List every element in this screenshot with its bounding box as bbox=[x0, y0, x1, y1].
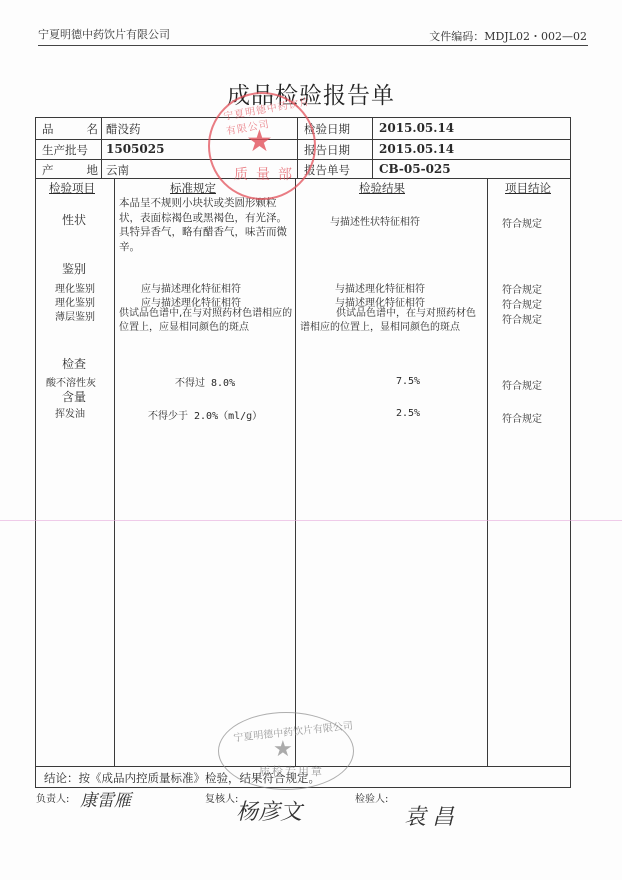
item-identification-3: 薄层鉴别 bbox=[55, 308, 95, 323]
column-header-standard: 标准规定 bbox=[170, 180, 216, 196]
conclusion-identification-1: 符合规定 bbox=[502, 281, 542, 296]
table-divider bbox=[295, 178, 296, 766]
label-char: 产 bbox=[42, 162, 54, 178]
label-char: 名 bbox=[87, 121, 99, 137]
result-identification-3: 供试品色谱中，在与对照药材色谱相应的位置上，显相同颜色的斑点 bbox=[300, 307, 484, 335]
standard-identification-3: 供试品色谱中,在与对照药材色谱相应的位置上，应显相同颜色的斑点 bbox=[119, 307, 293, 335]
conclusion-identification-3: 符合规定 bbox=[502, 311, 542, 326]
quality-dept-stamp: 宁夏明德中药饮片有限公司 ★ 质量部 bbox=[208, 92, 316, 200]
product-name-label: 品名 bbox=[42, 121, 98, 137]
item-identification-2: 理化鉴别 bbox=[55, 294, 95, 309]
header-rule bbox=[38, 45, 588, 46]
product-name-value: 醋没药 bbox=[106, 121, 141, 137]
responsible-signature: 康雷雁 bbox=[80, 786, 131, 811]
reviewer-label: 复核人: bbox=[205, 790, 238, 805]
column-header-item: 检验项目 bbox=[49, 180, 95, 196]
company-name: 宁夏明德中药饮片有限公司 bbox=[38, 26, 170, 42]
report-date-value: 2015.05.14 bbox=[379, 142, 454, 156]
star-icon: ★ bbox=[273, 737, 293, 762]
standard-identification-1: 应与描述理化特征相符 bbox=[141, 280, 241, 295]
conclusion-appearance: 符合规定 bbox=[502, 215, 542, 230]
item-check: 酸不溶性灰 bbox=[46, 374, 96, 389]
batch-value: 1505025 bbox=[106, 142, 164, 156]
table-divider bbox=[487, 178, 488, 766]
item-identification-1: 理化鉴别 bbox=[55, 280, 95, 295]
result-check: 7.5% bbox=[396, 376, 420, 387]
table-border-right bbox=[570, 117, 571, 787]
label-char: 地 bbox=[87, 162, 99, 178]
item-assay: 挥发油 bbox=[55, 405, 85, 420]
stamp-bottom-text: 质量部 bbox=[234, 164, 300, 184]
conclusion-assay: 符合规定 bbox=[502, 410, 542, 425]
identification-heading: 鉴别 bbox=[62, 260, 86, 277]
table-divider bbox=[101, 117, 102, 178]
standard-check: 不得过 8.0% bbox=[175, 374, 235, 389]
responsible-label: 负责人: bbox=[36, 790, 69, 805]
column-header-conclusion: 项目结论 bbox=[505, 180, 551, 196]
result-identification-1: 与描述理化特征相符 bbox=[335, 280, 425, 295]
column-header-result: 检验结果 bbox=[359, 180, 405, 196]
reviewer-signature: 杨彦文 bbox=[236, 795, 302, 826]
conclusion-check: 符合规定 bbox=[502, 377, 542, 392]
stamp-bottom-text: 质检专用章 bbox=[259, 763, 324, 779]
conclusion-identification-2: 符合规定 bbox=[502, 296, 542, 311]
standard-appearance: 本品呈不规则小块状或类圆形颗粒状，表面棕褐色或黑褐色，有光泽。具特异香气，略有醋… bbox=[119, 196, 293, 254]
result-assay: 2.5% bbox=[396, 408, 420, 419]
inspect-date-value: 2015.05.14 bbox=[379, 121, 454, 135]
qc-seal-stamp: 宁夏明德中药饮片有限公司 ★ 质检专用章 bbox=[218, 712, 354, 790]
scan-artifact-line bbox=[0, 520, 622, 521]
table-divider bbox=[372, 117, 373, 178]
check-heading: 检查 bbox=[62, 355, 86, 372]
origin-label: 产地 bbox=[42, 162, 98, 178]
label-char: 品 bbox=[42, 121, 54, 137]
table-divider bbox=[114, 178, 115, 766]
origin-value: 云南 bbox=[106, 162, 129, 178]
star-icon: ★ bbox=[246, 124, 273, 159]
result-appearance: 与描述性状特征相符 bbox=[330, 213, 420, 228]
item-appearance: 性状 bbox=[62, 211, 86, 228]
document-code-label: 文件编码： bbox=[429, 30, 484, 43]
inspector-signature: 袁昌 bbox=[404, 800, 460, 831]
document-code-value: MDJL02・002—02 bbox=[484, 30, 587, 43]
assay-heading: 含量 bbox=[62, 388, 86, 405]
standard-assay: 不得少于 2.0%（ml/g） bbox=[148, 407, 262, 422]
report-no-value: CB-05-025 bbox=[379, 162, 451, 176]
table-border-left bbox=[35, 117, 36, 787]
batch-label: 生产批号 bbox=[42, 142, 88, 158]
document-code: 文件编码：MDJL02・002—02 bbox=[429, 28, 587, 44]
stamp-arc-text: 宁夏明德中药饮片有限公司 bbox=[233, 717, 354, 744]
inspector-label: 检验人: bbox=[355, 790, 388, 805]
